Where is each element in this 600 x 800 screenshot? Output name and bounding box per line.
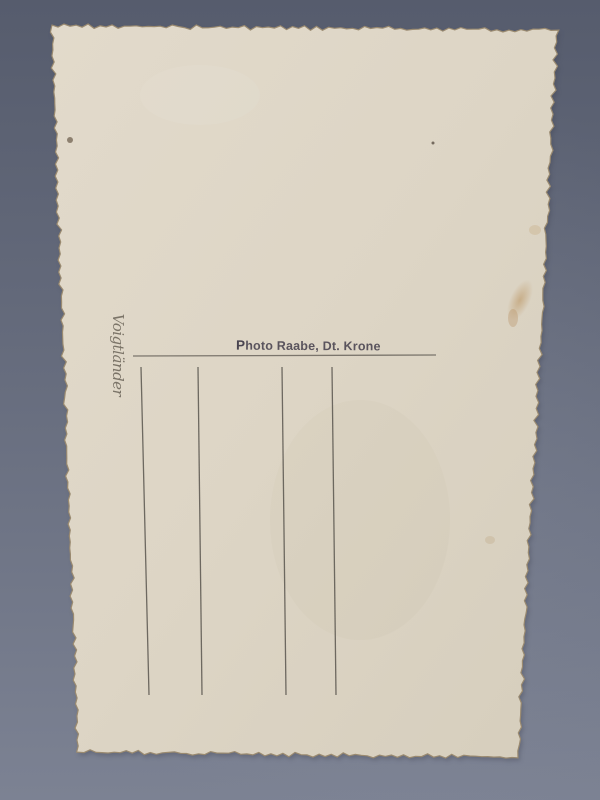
publisher-stamp: Photo Raabe, Dt. Krone <box>236 338 381 354</box>
postcard-back <box>0 0 600 800</box>
publisher-stamp-rest: hoto Raabe, Dt. Krone <box>245 339 381 354</box>
card-paper <box>50 24 558 758</box>
publisher-stamp-initial: P <box>236 338 245 353</box>
